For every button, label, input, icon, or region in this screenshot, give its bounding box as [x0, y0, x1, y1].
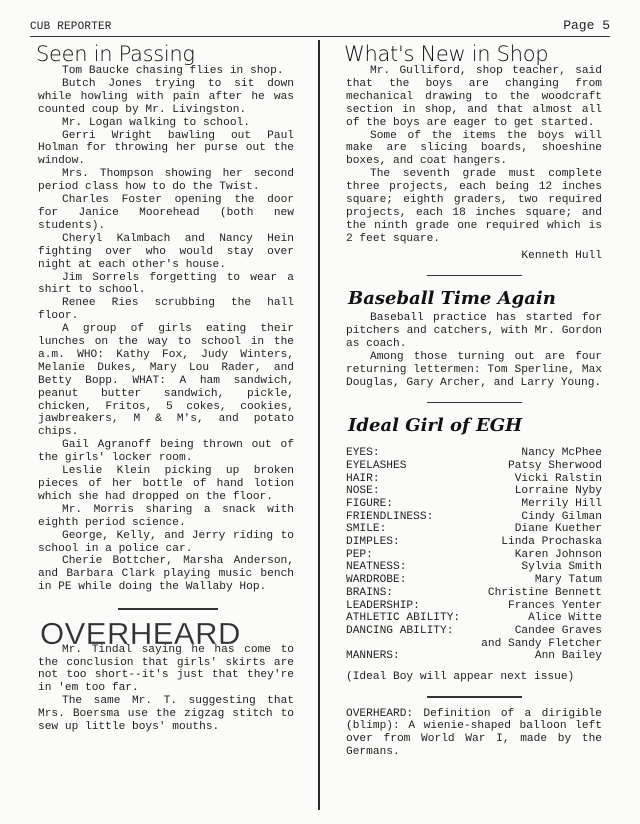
byline: Kenneth Hull — [346, 246, 602, 263]
winner-name: Frances Yenter — [508, 600, 602, 613]
category-label: MANNERS: — [346, 650, 400, 663]
ideal-row: NOSE:Lorraine Nyby — [346, 485, 602, 498]
winner-name: Sylvia Smith — [521, 561, 602, 574]
ideal-row: DIMPLES:Linda Prochaska — [346, 536, 602, 549]
paragraph: Mr. Logan walking to school. — [38, 117, 294, 130]
article-body: Mr. Tindal saying he has come to the con… — [38, 644, 294, 734]
category-label: FRIENDLINESS: — [346, 511, 433, 524]
category-label: NEATNESS: — [346, 561, 406, 574]
paragraph: Some of the items the boys will make are… — [346, 130, 602, 169]
ideal-row: BRAINS:Christine Bennett — [346, 587, 602, 600]
paragraph: Among those turning out are four returni… — [346, 351, 602, 390]
paragraph: The same Mr. T. suggesting that Mrs. Boe… — [38, 695, 294, 734]
article-baseball: Baseball Time Again Baseball practice ha… — [346, 286, 602, 389]
paragraph: A group of girls eating their lunches on… — [38, 323, 294, 439]
column-divider — [318, 40, 320, 810]
category-label: FIGURE: — [346, 498, 393, 511]
ideal-boy-note: (Ideal Boy will appear next issue) — [346, 671, 602, 684]
article-heading: Ideal Girl of EGH — [348, 413, 602, 439]
ideal-row: NEATNESS:Sylvia Smith — [346, 561, 602, 574]
article-heading: What's New in Shop — [344, 40, 602, 68]
section-divider — [427, 275, 522, 277]
category-label: SMILE: — [346, 523, 386, 536]
ideal-row: FIGURE:Merrily Hill — [346, 498, 602, 511]
ideal-girl-list: EYES:Nancy McPheeEYELASHESPatsy Sherwood… — [346, 447, 602, 663]
winner-name: Christine Bennett — [488, 587, 602, 600]
paragraph: Mr. Gulliford, shop teacher, said that t… — [346, 65, 602, 130]
article-heading: Baseball Time Again — [348, 286, 602, 312]
paragraph: Butch Jones trying to sit down while how… — [38, 78, 294, 117]
paragraph: Mr. Morris sharing a snack with eighth p… — [38, 504, 294, 530]
category-label: LEADERSHIP: — [346, 600, 420, 613]
masthead: CUB REPORTER Page 5 — [30, 18, 610, 37]
ideal-row: SMILE:Diane Kuether — [346, 523, 602, 536]
winner-name: Diane Kuether — [515, 523, 602, 536]
category-label: EYELASHES — [346, 460, 406, 473]
winner-name: Alice Witte — [528, 612, 602, 625]
winner-name: Cindy Gilman — [521, 511, 602, 524]
article-heading: Seen in Passing — [36, 40, 294, 68]
category-label: DIMPLES: — [346, 536, 400, 549]
winner-name: Nancy McPhee — [521, 447, 602, 460]
paragraph: The seventh grade must complete three pr… — [346, 168, 602, 245]
ideal-row: WARDROBE:Mary Tatum — [346, 574, 602, 587]
category-label: NOSE: — [346, 485, 380, 498]
article-body: Tom Baucke chasing flies in shop.Butch J… — [38, 65, 294, 594]
category-label: PEP: — [346, 549, 373, 562]
paragraph: Baseball practice has started for pitche… — [346, 312, 602, 351]
paragraph: George, Kelly, and Jerry riding to schoo… — [38, 530, 294, 556]
page-number: Page 5 — [563, 18, 610, 33]
paragraph: Jim Sorrels forgetting to wear a shirt t… — [38, 272, 294, 298]
paragraph: Tom Baucke chasing flies in shop. — [38, 65, 294, 78]
ideal-row: and Sandy Fletcher — [346, 638, 602, 651]
paragraph: Renee Ries scrubbing the hall floor. — [38, 297, 294, 323]
article-body: Baseball practice has started for pitche… — [346, 312, 602, 389]
paragraph: Cheryl Kalmbach and Nancy Hein fighting … — [38, 233, 294, 272]
ideal-row: PEP:Karen Johnson — [346, 549, 602, 562]
category-label: DANCING ABILITY: — [346, 625, 453, 638]
paragraph: Cherie Bottcher, Marsha Anderson, and Ba… — [38, 555, 294, 594]
winner-name: Lorraine Nyby — [515, 485, 602, 498]
winner-name: Candee Graves — [515, 625, 602, 638]
ideal-row: EYELASHESPatsy Sherwood — [346, 460, 602, 473]
ideal-row: HAIR:Vicki Ralstin — [346, 473, 602, 486]
winner-name: Karen Johnson — [515, 549, 602, 562]
category-label: BRAINS: — [346, 587, 393, 600]
winner-name: Patsy Sherwood — [508, 460, 602, 473]
article-body: Mr. Gulliford, shop teacher, said that t… — [346, 65, 602, 246]
ideal-row: FRIENDLINESS:Cindy Gilman — [346, 511, 602, 524]
ideal-row: MANNERS:Ann Bailey — [346, 650, 602, 663]
category-label: WARDROBE: — [346, 574, 406, 587]
ideal-row: DANCING ABILITY:Candee Graves — [346, 625, 602, 638]
right-column: What's New in Shop Mr. Gulliford, shop t… — [346, 40, 602, 759]
newspaper-title: CUB REPORTER — [30, 21, 112, 33]
paragraph: Leslie Klein picking up broken pieces of… — [38, 465, 294, 504]
winner-name: Vicki Ralstin — [515, 473, 602, 486]
article-whats-new-in-shop: What's New in Shop Mr. Gulliford, shop t… — [346, 40, 602, 263]
category-label: HAIR: — [346, 473, 380, 486]
paragraph: Mrs. Thompson showing her second period … — [38, 168, 294, 194]
paragraph: Gail Agranoff being thrown out of the gi… — [38, 439, 294, 465]
winner-name: Linda Prochaska — [501, 536, 602, 549]
winner-name: and Sandy Fletcher — [481, 638, 602, 651]
article-overheard: OVERHEARD Mr. Tindal saying he has come … — [38, 618, 294, 734]
article-ideal-girl: Ideal Girl of EGH EYES:Nancy McPheeEYELA… — [346, 413, 602, 684]
paragraph: Charles Foster opening the door for Jani… — [38, 194, 294, 233]
paragraph: Mr. Tindal saying he has come to the con… — [38, 644, 294, 696]
blimp-definition: OVERHEARD: Definition of a dirigible (bl… — [346, 708, 602, 760]
category-label: ATHLETIC ABILITY: — [346, 612, 460, 625]
left-column: Seen in Passing Tom Baucke chasing flies… — [38, 40, 294, 734]
winner-name: Ann Bailey — [535, 650, 602, 663]
ideal-row: ATHLETIC ABILITY:Alice Witte — [346, 612, 602, 625]
paragraph: Gerri Wright bawling out Paul Holman for… — [38, 130, 294, 169]
section-divider — [427, 696, 522, 698]
winner-name: Merrily Hill — [521, 498, 602, 511]
section-divider — [427, 402, 522, 404]
winner-name: Mary Tatum — [535, 574, 602, 587]
ideal-row: EYES:Nancy McPhee — [346, 447, 602, 460]
category-label: EYES: — [346, 447, 380, 460]
section-divider — [118, 608, 218, 610]
article-seen-in-passing: Seen in Passing Tom Baucke chasing flies… — [38, 40, 294, 594]
ideal-row: LEADERSHIP:Frances Yenter — [346, 600, 602, 613]
